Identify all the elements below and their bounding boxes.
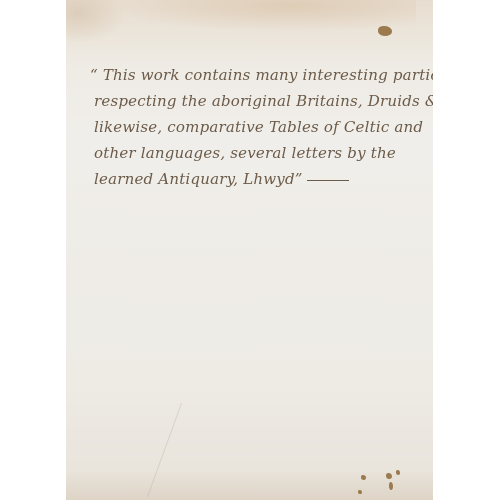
foxing-spot — [389, 482, 393, 490]
water-stain-top — [106, 0, 416, 32]
water-stain-left — [66, 0, 126, 45]
handwritten-line-4: other languages, several letters by the — [90, 140, 430, 166]
handwritten-line-2: respecting the aboriginal Britains, Drui… — [90, 88, 430, 114]
foxing-spot — [358, 490, 362, 494]
handwritten-line-5-text: learned Antiquary, Lhwyd” — [94, 170, 303, 188]
foxing-spot — [386, 473, 392, 479]
manuscript-page: “ This work contains many interesting pa… — [66, 0, 433, 500]
handwritten-line-3: likewise, comparative Tables of Celtic a… — [90, 114, 430, 140]
paper-crease — [147, 403, 182, 497]
handwritten-line-1: “ This work contains many interesting pa… — [90, 62, 430, 88]
foxing-spot — [361, 475, 366, 480]
handwritten-quote: “ This work contains many interesting pa… — [90, 62, 430, 192]
ink-spot-top-right — [378, 26, 392, 36]
handwritten-line-5: learned Antiquary, Lhwyd” — [90, 166, 430, 192]
closing-flourish — [307, 180, 349, 181]
foxing-spot — [396, 470, 400, 475]
